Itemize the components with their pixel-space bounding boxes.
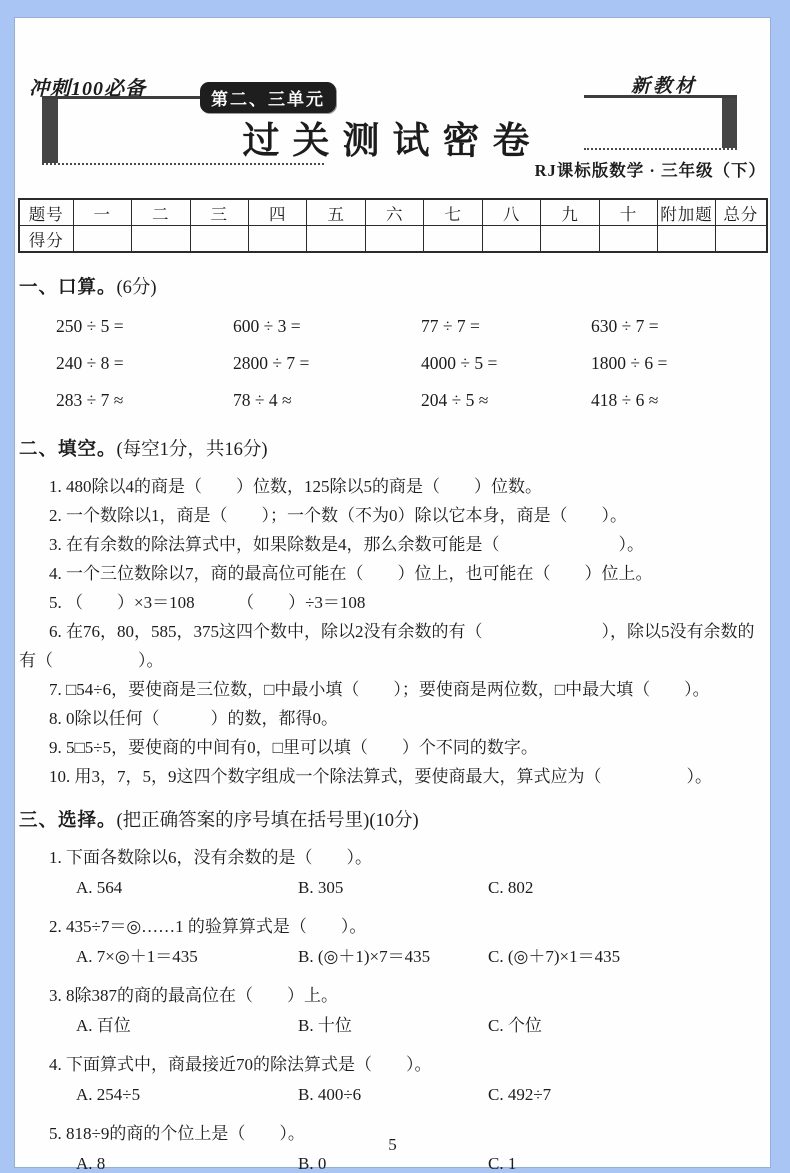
right-banner-frame <box>584 95 737 150</box>
fill-item: 6. 在76，80，585，375这四个数中，除以2没有余数的有（ ），除以5没… <box>19 617 764 675</box>
score-table-header-row: 题号 一 二 三 四 五 六 七 八 九 十 附加题 总分 <box>19 199 767 226</box>
fill-item: 10. 用3，7，5，9这四个数字组成一个除法算式，要使商最大，算式应为（ ）。 <box>19 762 764 791</box>
score-table-col-header: 八 <box>482 199 540 226</box>
choice-question: 3. 8除387的商的最高位在（ ）上。 <box>19 981 764 1011</box>
choice-option: C. 1 <box>488 1149 764 1173</box>
choice-options: A. 百位 B. 十位 C. 个位 <box>19 1011 764 1041</box>
score-cell-blank <box>658 226 715 253</box>
section-choice-heading: 三、选择。(把正确答案的序号填在括号里)(10分) <box>19 808 764 834</box>
score-cell-blank <box>73 226 131 253</box>
section-oral-score: (6分) <box>117 278 157 298</box>
section-fill: 二、填空。(每空1分，共16分) 1. 480除以4的商是（ ）位数，125除以… <box>19 437 764 791</box>
oral-problem: 4000 ÷ 5 = <box>421 351 591 375</box>
choice-options: A. 564 B. 305 C. 802 <box>19 873 764 903</box>
oral-problem: 204 ÷ 5 ≈ <box>421 388 591 412</box>
choice-option: C. 个位 <box>488 1011 764 1041</box>
choice-option: A. 7×◎＋1＝435 <box>76 942 298 972</box>
choice-option: C. 802 <box>488 873 764 903</box>
page-number: 5 <box>388 1135 397 1155</box>
oral-problem: 630 ÷ 7 = <box>591 314 764 338</box>
score-cell-blank <box>307 226 365 253</box>
oral-problem: 240 ÷ 8 = <box>56 351 233 375</box>
score-table-col-header: 十 <box>599 199 657 226</box>
oral-problem: 250 ÷ 5 = <box>56 314 233 338</box>
section-choice-score: (10分) <box>369 811 418 831</box>
score-table-col-header: 六 <box>365 199 423 226</box>
score-table: 题号 一 二 三 四 五 六 七 八 九 十 附加题 总分 得分 <box>18 198 768 253</box>
exam-title: 过关测试密卷 <box>243 110 543 164</box>
main-content: 一、口算。(6分) 250 ÷ 5 = 600 ÷ 3 = 77 ÷ 7 = 6… <box>15 275 770 1173</box>
score-cell-blank <box>599 226 657 253</box>
score-cell-blank <box>482 226 540 253</box>
fill-item-list: 1. 480除以4的商是（ ）位数，125除以5的商是（ ）位数。 2. 一个数… <box>19 472 764 791</box>
choice-option: A. 254÷5 <box>76 1080 298 1110</box>
score-cell-blank <box>365 226 423 253</box>
choice-option: B. 十位 <box>298 1011 488 1041</box>
score-table-col-header: 二 <box>132 199 190 226</box>
fill-item: 9. 5□5÷5，要使商的中间有0，□里可以填（ ）个不同的数字。 <box>19 733 764 762</box>
section-choice-note: (把正确答案的序号填在括号里) <box>117 811 370 831</box>
choice-question: 2. 435÷7＝◎……1 的验算算式是（ ）。 <box>19 912 764 942</box>
score-cell-blank <box>132 226 190 253</box>
choice-option: B. (◎＋1)×7＝435 <box>298 942 488 972</box>
choice-option: A. 564 <box>76 873 298 903</box>
left-frame-block <box>42 99 58 163</box>
fill-item: 1. 480除以4的商是（ ）位数，125除以5的商是（ ）位数。 <box>19 472 764 501</box>
score-table-col-header: 七 <box>424 199 482 226</box>
oral-problem: 600 ÷ 3 = <box>233 314 421 338</box>
score-table-col-header: 四 <box>249 199 307 226</box>
score-table-col-header: 三 <box>190 199 248 226</box>
score-table-row-label: 题号 <box>19 199 73 226</box>
score-table-score-row: 得分 <box>19 226 767 253</box>
choice-question: 4. 下面算式中，商最接近70的除法算式是（ ）。 <box>19 1050 764 1080</box>
oral-problem: 418 ÷ 6 ≈ <box>591 388 764 412</box>
score-table-col-header: 一 <box>73 199 131 226</box>
section-choice: 三、选择。(把正确答案的序号填在括号里)(10分) 1. 下面各数除以6，没有余… <box>19 808 764 1173</box>
section-fill-score: (每空1分，共16分) <box>117 440 268 460</box>
oral-problem: 77 ÷ 7 = <box>421 314 591 338</box>
score-cell-blank <box>424 226 482 253</box>
section-oral-heading: 一、口算。(6分) <box>19 275 764 301</box>
choice-option: A. 百位 <box>76 1011 298 1041</box>
fill-item: 3. 在有余数的除法算式中，如果除数是4，那么余数可能是（ ）。 <box>19 530 764 559</box>
right-frame-block <box>722 98 737 148</box>
choice-options: A. 7×◎＋1＝435 B. (◎＋1)×7＝435 C. (◎＋7)×1＝4… <box>19 942 764 972</box>
choice-option: C. (◎＋7)×1＝435 <box>488 942 764 972</box>
fill-item: 7. □54÷6，要使商是三位数，□中最小填（ ）；要使商是两位数，□中最大填（… <box>19 675 764 704</box>
score-table-row-label: 得分 <box>19 226 73 253</box>
score-table-col-header: 总分 <box>715 199 767 226</box>
choice-option: C. 492÷7 <box>488 1080 764 1110</box>
score-cell-blank <box>541 226 599 253</box>
choice-option: B. 400÷6 <box>298 1080 488 1110</box>
score-cell-blank <box>190 226 248 253</box>
section-fill-heading: 二、填空。(每空1分，共16分) <box>19 437 764 463</box>
oral-problem: 1800 ÷ 6 = <box>591 351 764 375</box>
header: 冲刺100必备 第二、三单元 过关测试密卷 新教材 RJ课标版数学 · 三年级（… <box>15 18 770 198</box>
worksheet-page: { "colors":{ "border_blue":"#a9c5f4", "i… <box>0 0 790 1173</box>
section-oral: 一、口算。(6分) 250 ÷ 5 = 600 ÷ 3 = 77 ÷ 7 = 6… <box>19 275 764 412</box>
score-table-col-header: 九 <box>541 199 599 226</box>
choice-option: B. 305 <box>298 873 488 903</box>
unit-badge: 第二、三单元 <box>200 82 336 113</box>
fill-item: 2. 一个数除以1，商是（ ）；一个数（不为0）除以它本身，商是（ ）。 <box>19 501 764 530</box>
score-cell-blank <box>249 226 307 253</box>
score-cell-blank <box>715 226 767 253</box>
oral-problem: 283 ÷ 7 ≈ <box>56 388 233 412</box>
section-oral-title: 一、口算。 <box>19 278 117 298</box>
choice-option: A. 8 <box>76 1149 298 1173</box>
oral-problem: 2800 ÷ 7 = <box>233 351 421 375</box>
section-choice-title: 三、选择。 <box>19 811 117 831</box>
oral-problem-grid: 250 ÷ 5 = 600 ÷ 3 = 77 ÷ 7 = 630 ÷ 7 = 2… <box>19 314 764 412</box>
section-fill-title: 二、填空。 <box>19 440 117 460</box>
choice-options: A. 254÷5 B. 400÷6 C. 492÷7 <box>19 1080 764 1110</box>
score-table-col-header: 五 <box>307 199 365 226</box>
edition-info: RJ课标版数学 · 三年级（下） <box>535 157 766 181</box>
sheet: 冲刺100必备 第二、三单元 过关测试密卷 新教材 RJ课标版数学 · 三年级（… <box>15 18 770 1167</box>
fill-item: 8. 0除以任何（ ）的数，都得0。 <box>19 704 764 733</box>
edition-label: 新教材 <box>631 71 697 98</box>
fill-item: 4. 一个三位数除以7，商的最高位可能在（ ）位上，也可能在（ ）位上。 <box>19 559 764 588</box>
score-table-col-header: 附加题 <box>658 199 715 226</box>
oral-problem: 78 ÷ 4 ≈ <box>233 388 421 412</box>
fill-item: 5. （ ）×3＝108 （ ）÷3＝108 <box>19 588 764 617</box>
choice-question: 1. 下面各数除以6，没有余数的是（ ）。 <box>19 843 764 873</box>
